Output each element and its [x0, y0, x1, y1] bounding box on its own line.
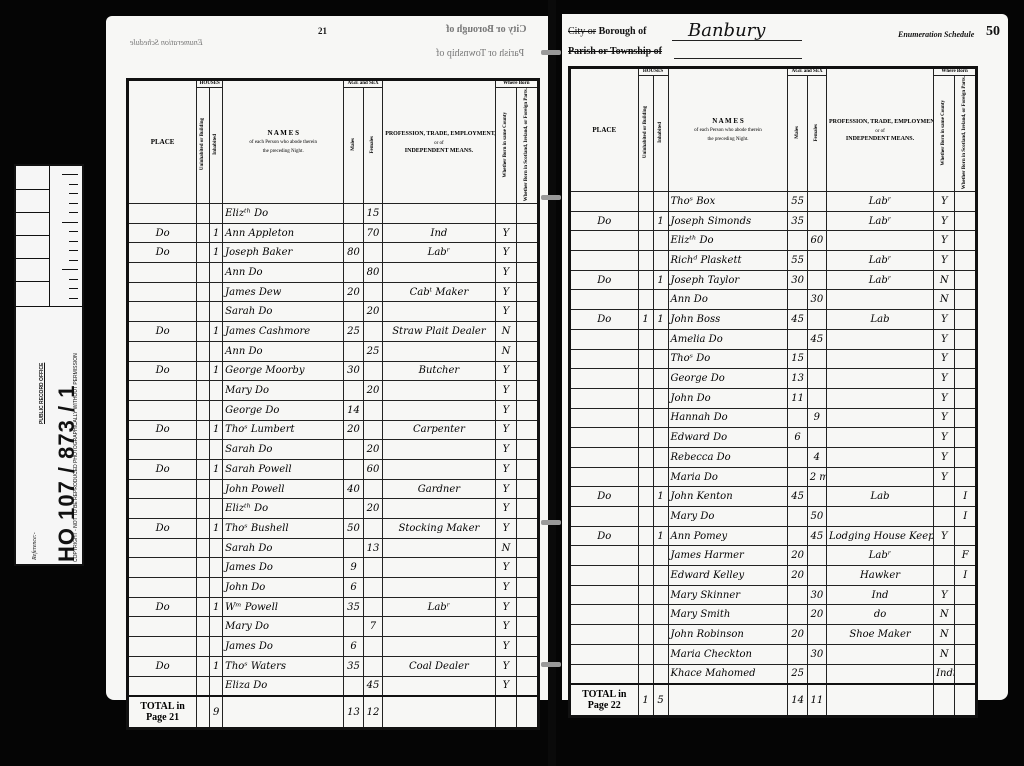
cell-inhabited [653, 585, 668, 605]
cell-female: 45 [363, 676, 382, 696]
table-row: Eliza Do45Y [128, 676, 539, 696]
cell-name: Richᵈ Plaskett [668, 251, 788, 271]
table-row: Richᵈ Plaskett55LabʳY [570, 251, 977, 271]
cell-profession [826, 428, 933, 448]
total-females: 11 [807, 684, 826, 717]
table-row: John Powell40GardnerY [128, 479, 539, 499]
table-row: George Do13Y [570, 369, 977, 389]
cell-profession [383, 676, 495, 696]
cell-same-county: N [934, 270, 955, 290]
houses-header: HOUSES [638, 68, 668, 76]
cell-uninhabited [638, 408, 653, 428]
total-empty-cell [517, 696, 539, 729]
cell-place [128, 499, 197, 519]
cell-male [344, 459, 363, 479]
binding-clip [541, 50, 561, 55]
cell-name: Maria Do [668, 467, 788, 487]
cell-inhabited: 1 [653, 211, 668, 231]
cell-name: Ann Appleton [223, 223, 344, 243]
cell-female: 45 [807, 526, 826, 546]
cell-place: Do [570, 487, 639, 507]
houses-header: HOUSES [197, 80, 223, 88]
cell-same-county [934, 566, 955, 586]
cell-uninhabited [197, 459, 210, 479]
table-row: Elizᵗʰ Do20Y [128, 499, 539, 519]
cell-female: 20 [363, 440, 382, 460]
cell-profession [383, 558, 495, 578]
females-header: Females [807, 75, 826, 191]
total-inhabited: 5 [653, 684, 668, 717]
scale-division [16, 189, 49, 190]
cell-female: 50 [807, 507, 826, 527]
parish-label: Parish or Township of [568, 46, 662, 57]
table-row: Mary Do50I [570, 507, 977, 527]
cell-foreign [955, 270, 977, 290]
table-row: Mary Smith20doN [570, 605, 977, 625]
cell-profession [826, 231, 933, 251]
cell-male [788, 447, 807, 467]
cell-inhabited [210, 558, 223, 578]
cell-female [363, 282, 382, 302]
cell-same-county: Y [934, 369, 955, 389]
cell-profession [383, 459, 495, 479]
table-row: Edward Kelley20HawkerI [570, 566, 977, 586]
cell-profession: Lab [826, 487, 933, 507]
cell-uninhabited [638, 447, 653, 467]
cell-name: John Powell [223, 479, 344, 499]
cell-name: Thoˢ Bushell [223, 519, 344, 539]
cell-same-county: Y [495, 440, 517, 460]
cell-profession: Labʳ [826, 192, 933, 212]
cell-profession [826, 388, 933, 408]
binding-clip [541, 520, 561, 525]
cell-inhabited [653, 192, 668, 212]
scale-tick [69, 193, 78, 194]
cell-profession [826, 349, 933, 369]
table-row: Edward Do6Y [570, 428, 977, 448]
cell-same-county: Y [934, 329, 955, 349]
cell-foreign [955, 526, 977, 546]
cell-name: Sarah Do [223, 440, 344, 460]
cell-name: Mary Do [223, 381, 344, 401]
cell-uninhabited [638, 270, 653, 290]
males-header: Males [344, 87, 363, 203]
cell-profession: Gardner [383, 479, 495, 499]
cell-same-county: Y [934, 192, 955, 212]
cell-foreign [517, 656, 539, 676]
cell-female [807, 428, 826, 448]
table-row: Mary Do20Y [128, 381, 539, 401]
cell-same-county: Y [934, 447, 955, 467]
cell-inhabited [210, 499, 223, 519]
cell-profession [826, 408, 933, 428]
cell-inhabited [653, 251, 668, 271]
foreign-header: Whether Born in Scotland, Ireland, or Fo… [955, 75, 977, 191]
cell-foreign [955, 192, 977, 212]
cell-place: Do [128, 243, 197, 263]
total-empty-cell [223, 696, 344, 729]
table-row: Khace Mahomed25India [570, 664, 977, 684]
cell-place [128, 341, 197, 361]
cell-inhabited: 1 [210, 420, 223, 440]
cell-foreign: F [955, 546, 977, 566]
cell-place: Do [128, 322, 197, 342]
cell-male [344, 676, 363, 696]
cell-profession [383, 381, 495, 401]
scale-division [16, 212, 49, 213]
cell-name: Ann Do [223, 341, 344, 361]
cell-same-county: Y [495, 519, 517, 539]
place-header: PLACE [128, 80, 197, 204]
cell-inhabited [653, 507, 668, 527]
cell-inhabited [210, 676, 223, 696]
cell-same-county: Y [934, 526, 955, 546]
cell-female [807, 192, 826, 212]
cell-male: 25 [788, 664, 807, 684]
cell-foreign [517, 538, 539, 558]
cell-same-county: Y [495, 361, 517, 381]
cell-same-county: Y [495, 282, 517, 302]
cell-uninhabited [638, 487, 653, 507]
cell-uninhabited [638, 369, 653, 389]
cell-male [344, 381, 363, 401]
cell-uninhabited [197, 558, 210, 578]
cell-inhabited: 1 [653, 526, 668, 546]
cell-uninhabited [197, 381, 210, 401]
cell-name: Khace Mahomed [668, 664, 788, 684]
cell-female: 20 [363, 381, 382, 401]
cell-female [363, 361, 382, 381]
cell-inhabited [653, 290, 668, 310]
cell-foreign [955, 211, 977, 231]
cell-profession [826, 329, 933, 349]
cell-female [363, 656, 382, 676]
cell-place [128, 479, 197, 499]
cell-inhabited [653, 349, 668, 369]
cell-inhabited [210, 637, 223, 657]
cell-foreign [955, 664, 977, 684]
reference-label: Reference:- [32, 532, 38, 560]
cell-name: Elizᵗʰ Do [223, 499, 344, 519]
cell-foreign [517, 637, 539, 657]
table-row: Mary Skinner30IndY [570, 585, 977, 605]
cell-inhabited: 1 [653, 310, 668, 330]
cell-profession: Ind [826, 585, 933, 605]
cell-female: 60 [807, 231, 826, 251]
cell-name: Joseph Taylor [668, 270, 788, 290]
table-row: Do1Wᵐ Powell35LabʳY [128, 597, 539, 617]
cell-same-county: Y [495, 597, 517, 617]
inhabited-header: Inhabited [653, 75, 668, 191]
cell-uninhabited [197, 597, 210, 617]
cell-inhabited [653, 467, 668, 487]
cell-foreign [517, 420, 539, 440]
total-empty-cell [668, 684, 788, 717]
total-row: TOTAL inPage 22151411 [570, 684, 977, 717]
cell-same-county: Y [934, 467, 955, 487]
total-label: TOTAL inPage 22 [570, 684, 639, 717]
cell-uninhabited [197, 341, 210, 361]
cell-foreign: I [955, 487, 977, 507]
cell-foreign [517, 499, 539, 519]
cell-female: 60 [363, 459, 382, 479]
cell-place [128, 400, 197, 420]
profession-header: PROFESSION, TRADE, EMPLOYMENT,or ofINDEP… [383, 80, 495, 204]
cell-uninhabited [197, 676, 210, 696]
table-row: Ann Do30N [570, 290, 977, 310]
cell-place [570, 408, 639, 428]
scale-tick [62, 269, 78, 270]
cell-same-county: Y [934, 585, 955, 605]
cell-same-county: N [934, 625, 955, 645]
cell-uninhabited: 1 [638, 310, 653, 330]
table-row: Do1Joseph Taylor30LabʳN [570, 270, 977, 290]
cell-same-county [934, 507, 955, 527]
cell-male: 15 [788, 349, 807, 369]
scale-tick [69, 260, 78, 261]
cell-foreign [517, 223, 539, 243]
cell-place: Do [570, 270, 639, 290]
cell-uninhabited [197, 656, 210, 676]
total-empty-cell [495, 696, 517, 729]
cell-profession: Ind [383, 223, 495, 243]
borough-label: City or Borough of [568, 26, 646, 37]
cell-inhabited: 1 [210, 519, 223, 539]
table-row: James Do9Y [128, 558, 539, 578]
cell-place [570, 447, 639, 467]
cell-inhabited [653, 546, 668, 566]
measurement-scale [16, 166, 82, 307]
cell-place [128, 578, 197, 598]
table-row: Do1Sarah Powell60Y [128, 459, 539, 479]
cell-inhabited [210, 341, 223, 361]
cell-female [807, 349, 826, 369]
cell-same-county: Y [934, 231, 955, 251]
cell-place [570, 369, 639, 389]
cell-place [570, 625, 639, 645]
cell-foreign [955, 310, 977, 330]
cell-uninhabited [197, 282, 210, 302]
cell-same-county [934, 487, 955, 507]
cell-same-county: Y [495, 499, 517, 519]
cell-name: John Boss [668, 310, 788, 330]
copyright-notice: COPYRIGHT - NOT TO BE REPRODUCED PHOTOGR… [73, 353, 79, 562]
cell-same-county: Y [934, 388, 955, 408]
table-row: Elizᵗʰ Do60Y [570, 231, 977, 251]
same-county-header: Whether Born in same County [934, 75, 955, 191]
cell-female [807, 487, 826, 507]
cell-male: 35 [344, 597, 363, 617]
cell-foreign [955, 585, 977, 605]
cell-profession: Labʳ [826, 546, 933, 566]
cell-uninhabited [197, 223, 210, 243]
age-sex-header: AGE and SEX [788, 68, 827, 76]
cell-uninhabited [638, 546, 653, 566]
cell-male [788, 507, 807, 527]
place-header: PLACE [570, 68, 639, 192]
scale-division [16, 281, 49, 282]
cell-uninhabited [638, 329, 653, 349]
table-row: Do1Ann Pomey45Lodging House KeeperY [570, 526, 977, 546]
scale-tick [69, 212, 78, 213]
cell-foreign [517, 676, 539, 696]
cell-place: Do [570, 211, 639, 231]
cell-uninhabited [638, 644, 653, 664]
cell-foreign [517, 322, 539, 342]
cell-same-county: Y [495, 302, 517, 322]
cell-profession [383, 400, 495, 420]
cell-foreign [517, 381, 539, 401]
cell-profession: Hawker [826, 566, 933, 586]
cell-uninhabited [197, 637, 210, 657]
cell-female: 25 [363, 341, 382, 361]
cell-profession: Labʳ [826, 211, 933, 231]
cell-female [807, 388, 826, 408]
cell-inhabited [653, 408, 668, 428]
cell-place: Do [570, 526, 639, 546]
cell-female: 9 [807, 408, 826, 428]
cell-place [128, 282, 197, 302]
cell-foreign [955, 231, 977, 251]
scale-tick [69, 288, 78, 289]
cell-female [363, 322, 382, 342]
cell-uninhabited [197, 263, 210, 283]
table-row: John Robinson20Shoe MakerN [570, 625, 977, 645]
cell-uninhabited [197, 538, 210, 558]
cell-inhabited: 1 [210, 656, 223, 676]
cell-uninhabited [638, 507, 653, 527]
cell-female [807, 310, 826, 330]
cell-place [570, 507, 639, 527]
cell-male [788, 605, 807, 625]
schedule-label-mirror: Enumeration Schedule [130, 38, 203, 47]
cell-male: 45 [788, 310, 807, 330]
cell-profession [383, 440, 495, 460]
cell-male [344, 204, 363, 224]
cell-uninhabited [638, 467, 653, 487]
cell-place [128, 617, 197, 637]
cell-uninhabited [638, 625, 653, 645]
cell-place [570, 388, 639, 408]
cell-same-county: N [495, 341, 517, 361]
total-empty-cell [826, 684, 933, 717]
cell-male: 20 [344, 282, 363, 302]
cell-female [363, 243, 382, 263]
cell-name: Thoˢ Box [668, 192, 788, 212]
cell-same-county: N [495, 322, 517, 342]
cell-inhabited: 1 [653, 487, 668, 507]
cell-foreign [517, 519, 539, 539]
cell-place [570, 349, 639, 369]
cell-name: Elizᵗʰ Do [223, 204, 344, 224]
cell-name: Sarah Do [223, 302, 344, 322]
cell-name: Edward Do [668, 428, 788, 448]
cell-place [570, 546, 639, 566]
cell-male [344, 499, 363, 519]
cell-uninhabited [638, 585, 653, 605]
table-row: Do1Joseph Baker80LabʳY [128, 243, 539, 263]
cell-foreign: I [955, 566, 977, 586]
cell-uninhabited [638, 349, 653, 369]
cell-same-county: N [495, 538, 517, 558]
cell-male: 20 [788, 546, 807, 566]
cell-female: 70 [363, 223, 382, 243]
cell-inhabited [653, 447, 668, 467]
cell-male [344, 538, 363, 558]
total-inhabited: 9 [210, 696, 223, 729]
scale-tick [69, 250, 78, 251]
cell-same-county: Y [495, 381, 517, 401]
cell-inhabited [653, 388, 668, 408]
schedule-number: 50 [986, 24, 1000, 40]
table-row: Hannah Do9Y [570, 408, 977, 428]
cell-male: 20 [344, 420, 363, 440]
cell-male: 45 [788, 487, 807, 507]
cell-foreign [517, 479, 539, 499]
page-number: 21 [318, 26, 327, 36]
cell-same-county: Y [495, 223, 517, 243]
table-row: Sarah Do13N [128, 538, 539, 558]
table-row: John Do6Y [128, 578, 539, 598]
cell-female [363, 519, 382, 539]
total-uninhabited: 1 [638, 684, 653, 717]
profession-header: PROFESSION, TRADE, EMPLOYMENT,or ofINDEP… [826, 68, 933, 192]
cell-foreign [517, 361, 539, 381]
cell-name: James Harmer [668, 546, 788, 566]
cell-foreign [517, 617, 539, 637]
cell-inhabited [653, 664, 668, 684]
cell-foreign [517, 400, 539, 420]
cell-male: 20 [788, 625, 807, 645]
table-row: Sarah Do20Y [128, 302, 539, 322]
cell-place [570, 231, 639, 251]
cell-profession: Coal Dealer [383, 656, 495, 676]
cell-male: 55 [788, 251, 807, 271]
cell-female [807, 546, 826, 566]
table-row: Maria Do2 monthsY [570, 467, 977, 487]
cell-name: Eliza Do [223, 676, 344, 696]
cell-male [344, 341, 363, 361]
cell-place [570, 192, 639, 212]
cell-name: John Kenton [668, 487, 788, 507]
table-row: James Harmer20LabʳF [570, 546, 977, 566]
cell-profession [383, 499, 495, 519]
cell-female [363, 578, 382, 598]
cell-place: Do [128, 223, 197, 243]
cell-uninhabited [638, 251, 653, 271]
cell-foreign [955, 349, 977, 369]
cell-same-county: Y [934, 211, 955, 231]
total-females: 12 [363, 696, 382, 729]
cell-profession [826, 290, 933, 310]
cell-uninhabited [197, 204, 210, 224]
mirrored-borough-label: City or Borough of [446, 24, 526, 35]
cell-name: Wᵐ Powell [223, 597, 344, 617]
cell-uninhabited [197, 361, 210, 381]
cell-name: John Do [668, 388, 788, 408]
cell-inhabited [653, 231, 668, 251]
cell-inhabited [653, 566, 668, 586]
age-sex-header: AGE and SEX [344, 80, 383, 88]
scale-tick [69, 279, 78, 280]
cell-place: Do [570, 310, 639, 330]
cell-place: Do [128, 519, 197, 539]
cell-inhabited: 1 [210, 361, 223, 381]
cell-profession [383, 617, 495, 637]
cell-uninhabited [197, 617, 210, 637]
cell-female [807, 369, 826, 389]
cell-name: Mary Do [223, 617, 344, 637]
